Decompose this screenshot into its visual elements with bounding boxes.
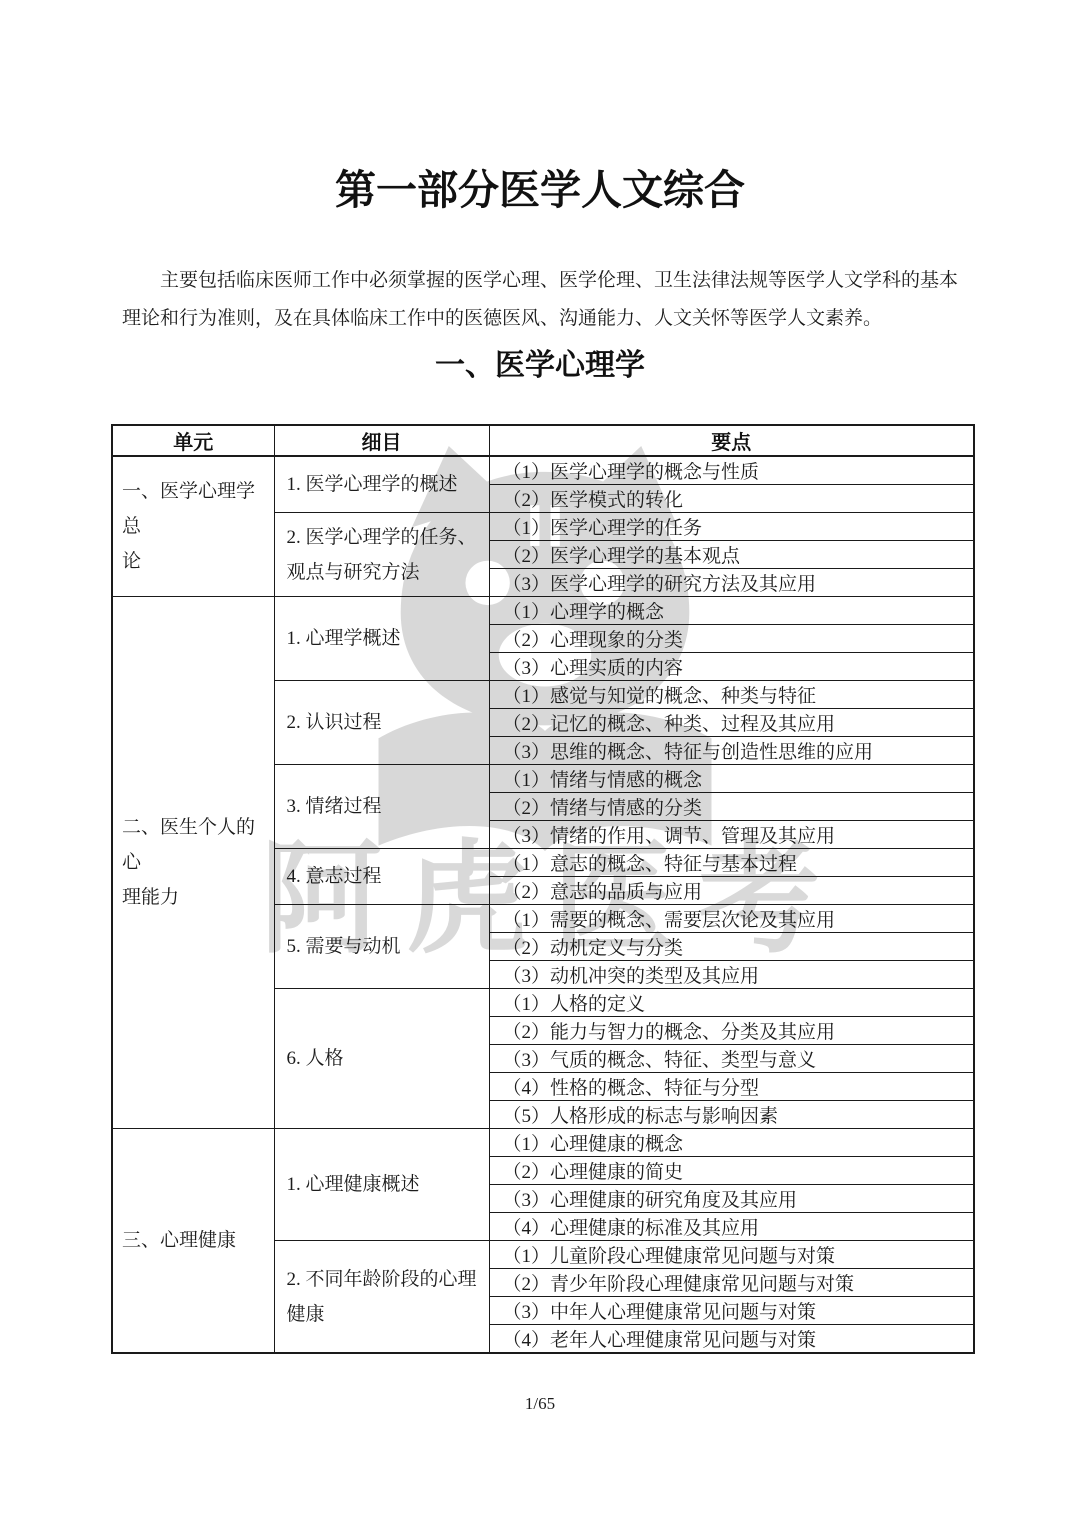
point-cell: （3）医学心理学的研究方法及其应用 bbox=[489, 569, 974, 597]
point-cell: （3）心理实质的内容 bbox=[489, 653, 974, 681]
point-cell: （3）情绪的作用、调节、管理及其应用 bbox=[489, 821, 974, 849]
point-cell: （2）能力与智力的概念、分类及其应用 bbox=[489, 1017, 974, 1045]
table-header-row: 单元 细目 要点 bbox=[112, 425, 974, 456]
point-cell: （1）医学心理学的任务 bbox=[489, 513, 974, 541]
point-cell: （5）人格形成的标志与影响因素 bbox=[489, 1101, 974, 1129]
item-cell: 1. 心理学概述 bbox=[274, 597, 489, 681]
point-cell: （1）心理学的概念 bbox=[489, 597, 974, 625]
unit-cell: 二、医生个人的心 理能力 bbox=[112, 597, 274, 1129]
document-title: 第一部分医学人文综合 bbox=[0, 166, 1080, 214]
section-heading: 一、医学心理学 bbox=[0, 348, 1080, 384]
item-cell: 1. 心理健康概述 bbox=[274, 1129, 489, 1241]
col-header-item: 细目 bbox=[274, 425, 489, 456]
syllabus-table: 单元 细目 要点 一、医学心理学总 论1. 医学心理学的概述（1）医学心理学的概… bbox=[111, 424, 975, 1354]
point-cell: （3）心理健康的研究角度及其应用 bbox=[489, 1185, 974, 1213]
point-cell: （1）感觉与知觉的概念、种类与特征 bbox=[489, 681, 974, 709]
point-cell: （2）记忆的概念、种类、过程及其应用 bbox=[489, 709, 974, 737]
point-cell: （1）儿童阶段心理健康常见问题与对策 bbox=[489, 1241, 974, 1269]
item-cell: 4. 意志过程 bbox=[274, 849, 489, 905]
point-cell: （4）心理健康的标准及其应用 bbox=[489, 1213, 974, 1241]
item-cell: 6. 人格 bbox=[274, 989, 489, 1129]
document-page: 阿虎医考 第一部分医学人文综合 主要包括临床医师工作中必须掌握的医学心理、医学伦… bbox=[0, 0, 1080, 1527]
page-number: 1/65 bbox=[0, 1393, 1080, 1415]
point-cell: （3）气质的概念、特征、类型与意义 bbox=[489, 1045, 974, 1073]
point-cell: （2）医学心理学的基本观点 bbox=[489, 541, 974, 569]
point-cell: （3）思维的概念、特征与创造性思维的应用 bbox=[489, 737, 974, 765]
table-row: 三、心理健康1. 心理健康概述（1）心理健康的概念 bbox=[112, 1129, 974, 1157]
point-cell: （3）动机冲突的类型及其应用 bbox=[489, 961, 974, 989]
point-cell: （1）医学心理学的概念与性质 bbox=[489, 456, 974, 485]
table-row: 二、医生个人的心 理能力1. 心理学概述（1）心理学的概念 bbox=[112, 597, 974, 625]
point-cell: （3）中年人心理健康常见问题与对策 bbox=[489, 1297, 974, 1325]
intro-paragraph: 主要包括临床医师工作中必须掌握的医学心理、医学伦理、卫生法律法规等医学人文学科的… bbox=[122, 262, 967, 338]
point-cell: （1）需要的概念、需要层次论及其应用 bbox=[489, 905, 974, 933]
point-cell: （1）心理健康的概念 bbox=[489, 1129, 974, 1157]
point-cell: （1）人格的定义 bbox=[489, 989, 974, 1017]
item-cell: 2. 认识过程 bbox=[274, 681, 489, 765]
table-row: 一、医学心理学总 论1. 医学心理学的概述（1）医学心理学的概念与性质 bbox=[112, 456, 974, 485]
point-cell: （2）心理健康的简史 bbox=[489, 1157, 974, 1185]
item-cell: 3. 情绪过程 bbox=[274, 765, 489, 849]
unit-cell: 三、心理健康 bbox=[112, 1129, 274, 1354]
point-cell: （1）意志的概念、特征与基本过程 bbox=[489, 849, 974, 877]
point-cell: （1）情绪与情感的概念 bbox=[489, 765, 974, 793]
point-cell: （4）老年人心理健康常见问题与对策 bbox=[489, 1325, 974, 1354]
point-cell: （2）情绪与情感的分类 bbox=[489, 793, 974, 821]
point-cell: （4）性格的概念、特征与分型 bbox=[489, 1073, 974, 1101]
col-header-unit: 单元 bbox=[112, 425, 274, 456]
item-cell: 2. 不同年龄阶段的心理 健康 bbox=[274, 1241, 489, 1354]
point-cell: （2）心理现象的分类 bbox=[489, 625, 974, 653]
item-cell: 1. 医学心理学的概述 bbox=[274, 456, 489, 513]
point-cell: （2）青少年阶段心理健康常见问题与对策 bbox=[489, 1269, 974, 1297]
point-cell: （2）医学模式的转化 bbox=[489, 485, 974, 513]
point-cell: （2）意志的品质与应用 bbox=[489, 877, 974, 905]
col-header-points: 要点 bbox=[489, 425, 974, 456]
item-cell: 5. 需要与动机 bbox=[274, 905, 489, 989]
unit-cell: 一、医学心理学总 论 bbox=[112, 456, 274, 597]
item-cell: 2. 医学心理学的任务、 观点与研究方法 bbox=[274, 513, 489, 597]
point-cell: （2）动机定义与分类 bbox=[489, 933, 974, 961]
